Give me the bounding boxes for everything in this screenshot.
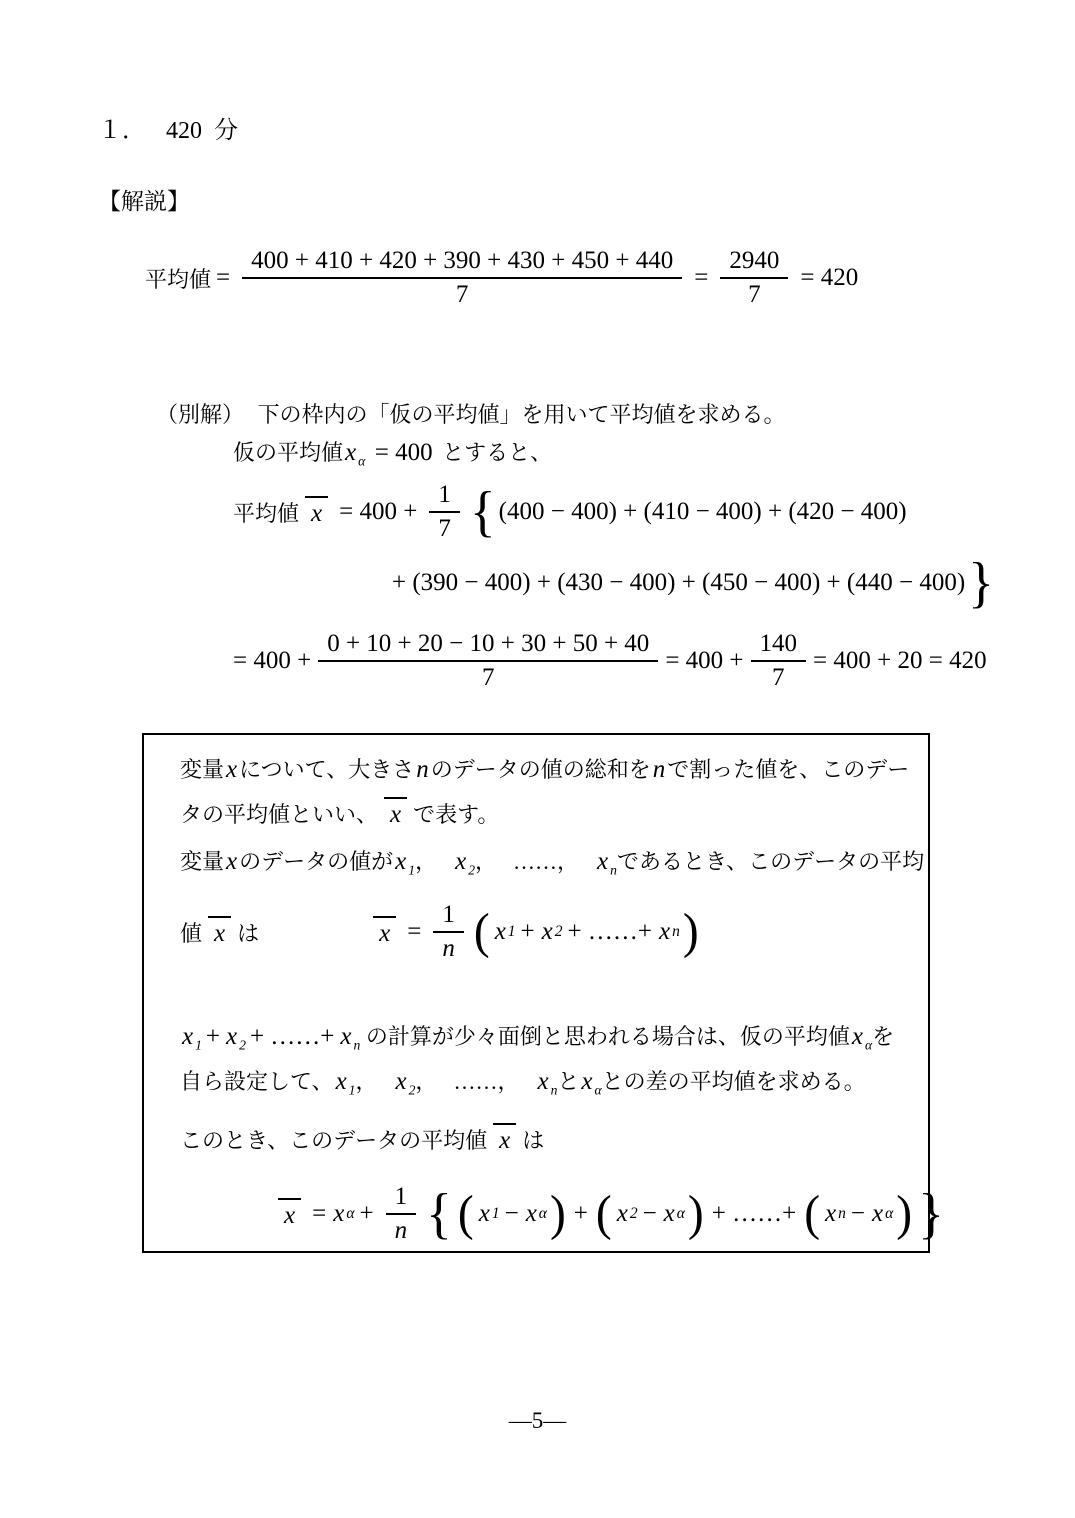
- math-var-x: x: [331, 1200, 346, 1228]
- fraction-1-7: 1 7: [429, 482, 460, 543]
- numerator: 1: [433, 902, 464, 933]
- math-var-x: x: [870, 1200, 885, 1228]
- fraction-140-7: 140 7: [751, 631, 807, 692]
- math-var-x: x: [595, 848, 610, 875]
- ellipsis: ……，: [513, 849, 579, 874]
- text: を: [872, 1024, 894, 1049]
- open-paren: (: [458, 1193, 474, 1235]
- denominator: 7: [748, 279, 761, 308]
- answer-value: 420: [166, 118, 202, 144]
- math-sub-2: 2: [239, 1037, 246, 1052]
- math-xbar: x: [278, 1198, 301, 1230]
- math-sub-n: n: [610, 862, 617, 877]
- equals-sign: =: [307, 1200, 331, 1228]
- math-sub-alpha: α: [595, 1082, 602, 1097]
- math-var-x: x: [334, 1068, 349, 1095]
- box-paragraph-2: タの平均値といい、xで表す。: [180, 797, 499, 829]
- math-var-x: x: [493, 918, 508, 946]
- math-var-n: n: [651, 756, 668, 783]
- alt-solution-intro-line: （別解） 下の枠内の「仮の平均値」を用いて平均値を求める。: [156, 398, 786, 429]
- math-xbar: x: [305, 496, 328, 528]
- math-var-x: x: [823, 1200, 838, 1228]
- minus-sign: −: [500, 1200, 524, 1228]
- denominator: 7: [456, 279, 469, 308]
- answer-number: １．: [98, 118, 146, 144]
- fraction-1-n: 1 n: [433, 902, 464, 963]
- answer-line: １． 420 分: [98, 110, 238, 145]
- math-var-x: x: [524, 1200, 539, 1228]
- assumed-mean-equation: = 400: [371, 439, 437, 466]
- denominator: n: [442, 933, 455, 962]
- equals-sign: =: [689, 264, 713, 292]
- text: で割った値を、このデー: [667, 757, 909, 782]
- close-paren: ): [550, 1193, 566, 1235]
- box-paragraph-5: x1+x2+ ……+xn の計算が少々面倒と思われる場合は、仮の平均値xαを: [180, 1020, 894, 1051]
- fraction-1-n: 1 n: [386, 1184, 417, 1245]
- text: と: [557, 1069, 579, 1094]
- box-paragraph-7: このとき、このデータの平均値xは: [180, 1123, 544, 1155]
- open-paren: (: [596, 1193, 612, 1235]
- step3-result: = 400 + 20 = 420: [813, 647, 987, 675]
- denominator: n: [395, 1215, 408, 1244]
- ellipsis: ……，: [453, 1069, 519, 1094]
- math-var-x: x: [394, 1068, 409, 1095]
- box-assumed-mean-formula: x = xα + 1 n { ( x1 − xα ) + ( x2 − xα )…: [272, 1175, 947, 1253]
- text: の計算が少々面倒と思われる場合は、仮の平均値: [366, 1024, 850, 1049]
- text: 値: [180, 917, 202, 948]
- math-sub-2: 2: [468, 862, 475, 877]
- math-xbar: x: [384, 797, 407, 829]
- comma: ，: [475, 849, 497, 874]
- close-paren: ): [896, 1193, 912, 1235]
- numerator: 2940: [720, 248, 788, 279]
- plus-ellipsis: + ……+: [563, 918, 657, 946]
- step1-lead: = 400 +: [334, 498, 422, 526]
- alt-step2-line: = 400 + 0 + 10 + 20 − 10 + 30 + 50 + 40 …: [233, 623, 987, 699]
- math-var-n: n: [414, 756, 431, 783]
- minus-sign: −: [638, 1200, 662, 1228]
- alt-solution-label: （別解）: [156, 402, 244, 427]
- math-var-x: x: [535, 1068, 550, 1095]
- assumed-mean-line: 仮の平均値xα = 400 とすると、: [233, 436, 552, 467]
- text: は: [522, 1128, 544, 1153]
- plus-sign: +: [202, 1023, 224, 1050]
- close-brace: }: [968, 559, 994, 607]
- open-paren: (: [804, 1193, 820, 1235]
- numerator: 140: [751, 631, 807, 662]
- fraction-2940-7: 2940 7: [720, 248, 788, 309]
- math-xbar: x: [208, 916, 231, 948]
- plus-ellipsis: + ……+: [246, 1023, 338, 1050]
- numerator: 1: [429, 482, 460, 513]
- plus-sign: +: [569, 1200, 593, 1228]
- open-brace: {: [470, 488, 496, 536]
- text: 自ら設定して、: [180, 1069, 334, 1094]
- close-paren: ): [688, 1193, 704, 1235]
- box-paragraph-3: 変量xのデータの値がx1，x2，……，xnであるとき、このデータの平均: [180, 845, 924, 876]
- math-var-x: x: [657, 918, 672, 946]
- open-paren: (: [474, 911, 490, 953]
- page-number: ―5―: [0, 1408, 1075, 1434]
- math-xbar: x: [373, 916, 396, 948]
- step3-lead: = 400 +: [233, 647, 311, 675]
- alt-solution-intro: 下の枠内の「仮の平均値」を用いて平均値を求める。: [258, 402, 786, 427]
- step1-terms: (400 − 400) + (410 − 400) + (420 − 400): [499, 498, 907, 526]
- text: このとき、このデータの平均値: [180, 1128, 487, 1153]
- text: であるとき、このデータの平均: [617, 849, 924, 874]
- text: のデータの値の総和を: [431, 757, 651, 782]
- alt-step1-continuation: + (390 − 400) + (430 − 400) + (450 − 400…: [392, 558, 997, 608]
- equals-sign: =: [211, 264, 235, 292]
- text: 変量: [180, 757, 224, 782]
- plus-ellipsis: + ……+: [707, 1200, 801, 1228]
- math-var-x: x: [343, 439, 358, 466]
- math-var-x: x: [453, 848, 468, 875]
- close-paren: ): [683, 911, 699, 953]
- text: との差の平均値を求める。: [602, 1069, 866, 1094]
- denominator: 7: [438, 513, 451, 542]
- mean-label: 平均値: [233, 497, 299, 528]
- result-text: = 420: [795, 264, 863, 292]
- mean-label: 平均値: [145, 263, 211, 294]
- box-mean-definition-line: 値 x は x = 1 n ( x1 + x2 + ……+ xn ): [180, 893, 702, 971]
- plus-sign: +: [516, 918, 540, 946]
- document-page: { "page": { "answer_number": "１．", "answ…: [0, 0, 1075, 1518]
- text: で表す。: [413, 802, 499, 827]
- math-var-x: x: [180, 1023, 195, 1050]
- comma: ，: [415, 849, 437, 874]
- section-heading: 【解説】: [98, 183, 190, 216]
- math-var-x: x: [615, 1200, 630, 1228]
- math-var-x: x: [224, 1023, 239, 1050]
- comma: ，: [415, 1069, 437, 1094]
- assumed-mean-post: とすると、: [442, 440, 552, 465]
- math-sub-alpha: α: [358, 453, 365, 468]
- text: タの平均値といい、: [180, 802, 378, 827]
- numerator: 400 + 410 + 420 + 390 + 430 + 450 + 440: [242, 248, 682, 279]
- text: は: [237, 917, 259, 948]
- math-var-x: x: [662, 1200, 677, 1228]
- step3-mid: = 400 +: [665, 647, 743, 675]
- math-var-x: x: [338, 1023, 353, 1050]
- box-paragraph-6: 自ら設定して、x1，x2，……，xnとxαとの差の平均値を求める。: [180, 1065, 866, 1096]
- fraction-sum: 400 + 410 + 420 + 390 + 430 + 450 + 440 …: [242, 248, 682, 309]
- math-sub-1: 1: [195, 1037, 202, 1052]
- info-box: 変量xについて、大きさnのデータの値の総和をnで割った値を、このデー タの平均値…: [142, 733, 930, 1253]
- plus-sign: +: [354, 1200, 378, 1228]
- box-paragraph-1: 変量xについて、大きさnのデータの値の総和をnで割った値を、このデー: [180, 753, 909, 784]
- text: について、大きさ: [239, 757, 414, 782]
- text: のデータの値が: [239, 849, 393, 874]
- equals-sign: =: [402, 918, 426, 946]
- close-brace: }: [918, 1190, 944, 1238]
- alt-step1-line: 平均値 x = 400 + 1 7 { (400 − 400) + (410 −…: [233, 476, 907, 548]
- denominator: 7: [772, 662, 785, 691]
- mean-equation: 平均値 = 400 + 410 + 420 + 390 + 430 + 450 …: [145, 238, 863, 318]
- numerator: 1: [386, 1184, 417, 1215]
- assumed-mean-pre: 仮の平均値: [233, 440, 343, 465]
- math-var-x: x: [540, 918, 555, 946]
- step2-terms: + (390 − 400) + (430 − 400) + (450 − 400…: [392, 569, 965, 597]
- open-brace: {: [426, 1190, 452, 1238]
- numerator: 0 + 10 + 20 − 10 + 30 + 50 + 40: [318, 631, 658, 662]
- minus-sign: −: [846, 1200, 870, 1228]
- text: 変量: [180, 849, 224, 874]
- fraction-diffsum-7: 0 + 10 + 20 − 10 + 30 + 50 + 40 7: [318, 631, 658, 692]
- answer-unit: 分: [214, 118, 238, 144]
- math-var-x: x: [477, 1200, 492, 1228]
- math-sub-n: n: [354, 1037, 361, 1052]
- comma: ，: [355, 1069, 377, 1094]
- math-var-x: x: [850, 1023, 865, 1050]
- math-var-x: x: [579, 1068, 594, 1095]
- math-var-x: x: [224, 848, 239, 875]
- denominator: 7: [482, 662, 495, 691]
- math-var-x: x: [393, 848, 408, 875]
- math-var-x: x: [224, 756, 239, 783]
- math-xbar: x: [493, 1123, 516, 1155]
